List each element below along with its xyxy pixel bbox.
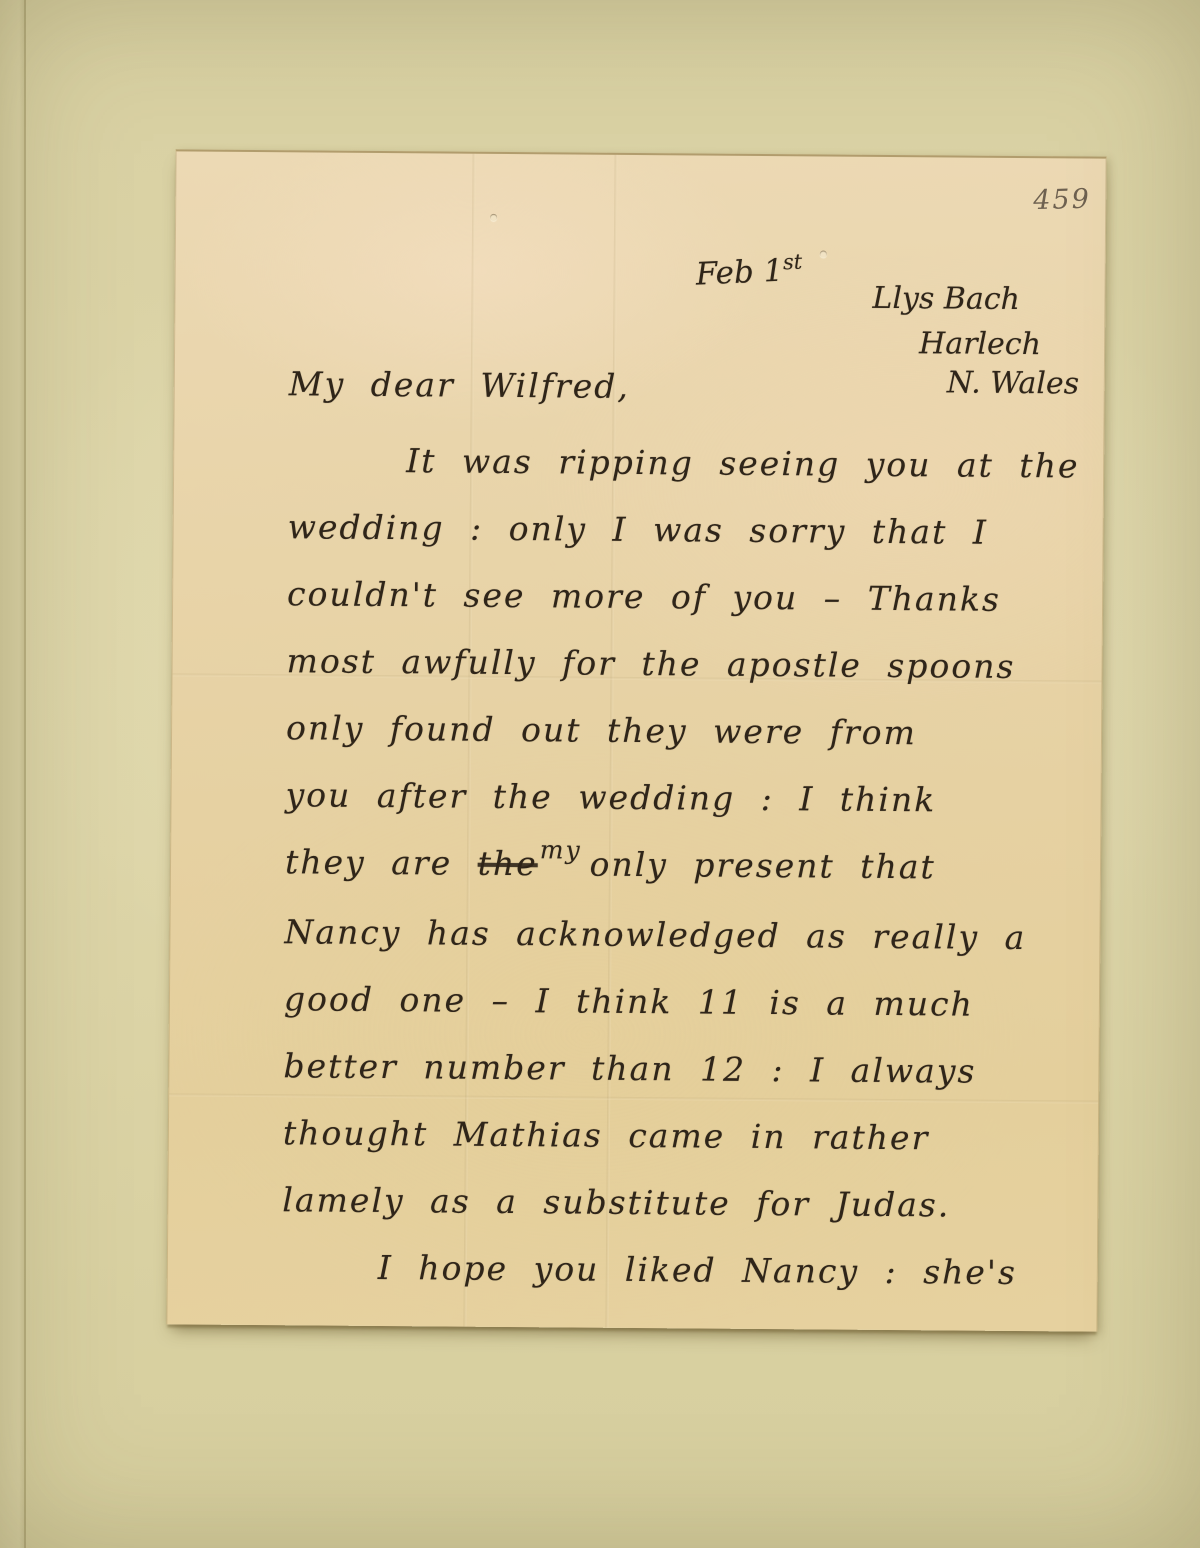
address-line: Llys Bach — [872, 281, 1020, 317]
letter-line: better number than 12 : I always — [283, 1032, 1114, 1106]
letter-line-with-correction: they are themyonly present that — [285, 828, 1116, 905]
inserted-word: my — [540, 816, 582, 883]
album-gutter-line — [24, 0, 26, 1548]
letter-line-text: they are — [285, 842, 452, 882]
album-gutter — [0, 0, 24, 1548]
letter-line-text: only present that — [589, 845, 935, 887]
pinhole — [490, 214, 497, 221]
album-page-photo: 459 Feb 1st Llys Bach Harlech N. Wales M… — [0, 0, 1200, 1548]
struck-out-word: the — [478, 844, 538, 883]
letter-line: Nancy has acknowledged as really a — [284, 898, 1115, 972]
letter-paper: 459 Feb 1st Llys Bach Harlech N. Wales M… — [166, 149, 1106, 1331]
letter-date: Feb 1st — [695, 250, 803, 293]
letter-date-ordinal: st — [782, 250, 802, 275]
letter-line: I hope you liked Nancy : she's — [282, 1233, 1113, 1307]
pinhole — [820, 250, 827, 257]
letter-line: couldn't see more of you – Thanks — [287, 560, 1118, 634]
letter-line: thought Mathias came in rather — [283, 1099, 1114, 1173]
letter-line: good one – I think 11 is a much — [284, 965, 1115, 1039]
letter-line: It was ripping seeing you at the — [288, 426, 1119, 500]
salutation: My dear Wilfred, — [289, 350, 1120, 424]
letter-line: only found out they were from — [286, 694, 1117, 768]
letter-line: you after the wedding : I think — [285, 761, 1116, 835]
letter-line: wedding : only I was sorry that I — [287, 493, 1118, 567]
archive-number: 459 — [1033, 184, 1091, 217]
letter-body: My dear Wilfred, It was ripping seeing y… — [282, 350, 1119, 1306]
letter-line: lamely as a substitute for Judas. — [282, 1166, 1113, 1240]
letter-line: most awfully for the apostle spoons — [286, 627, 1117, 701]
letter-date-text: Feb 1 — [695, 253, 784, 293]
